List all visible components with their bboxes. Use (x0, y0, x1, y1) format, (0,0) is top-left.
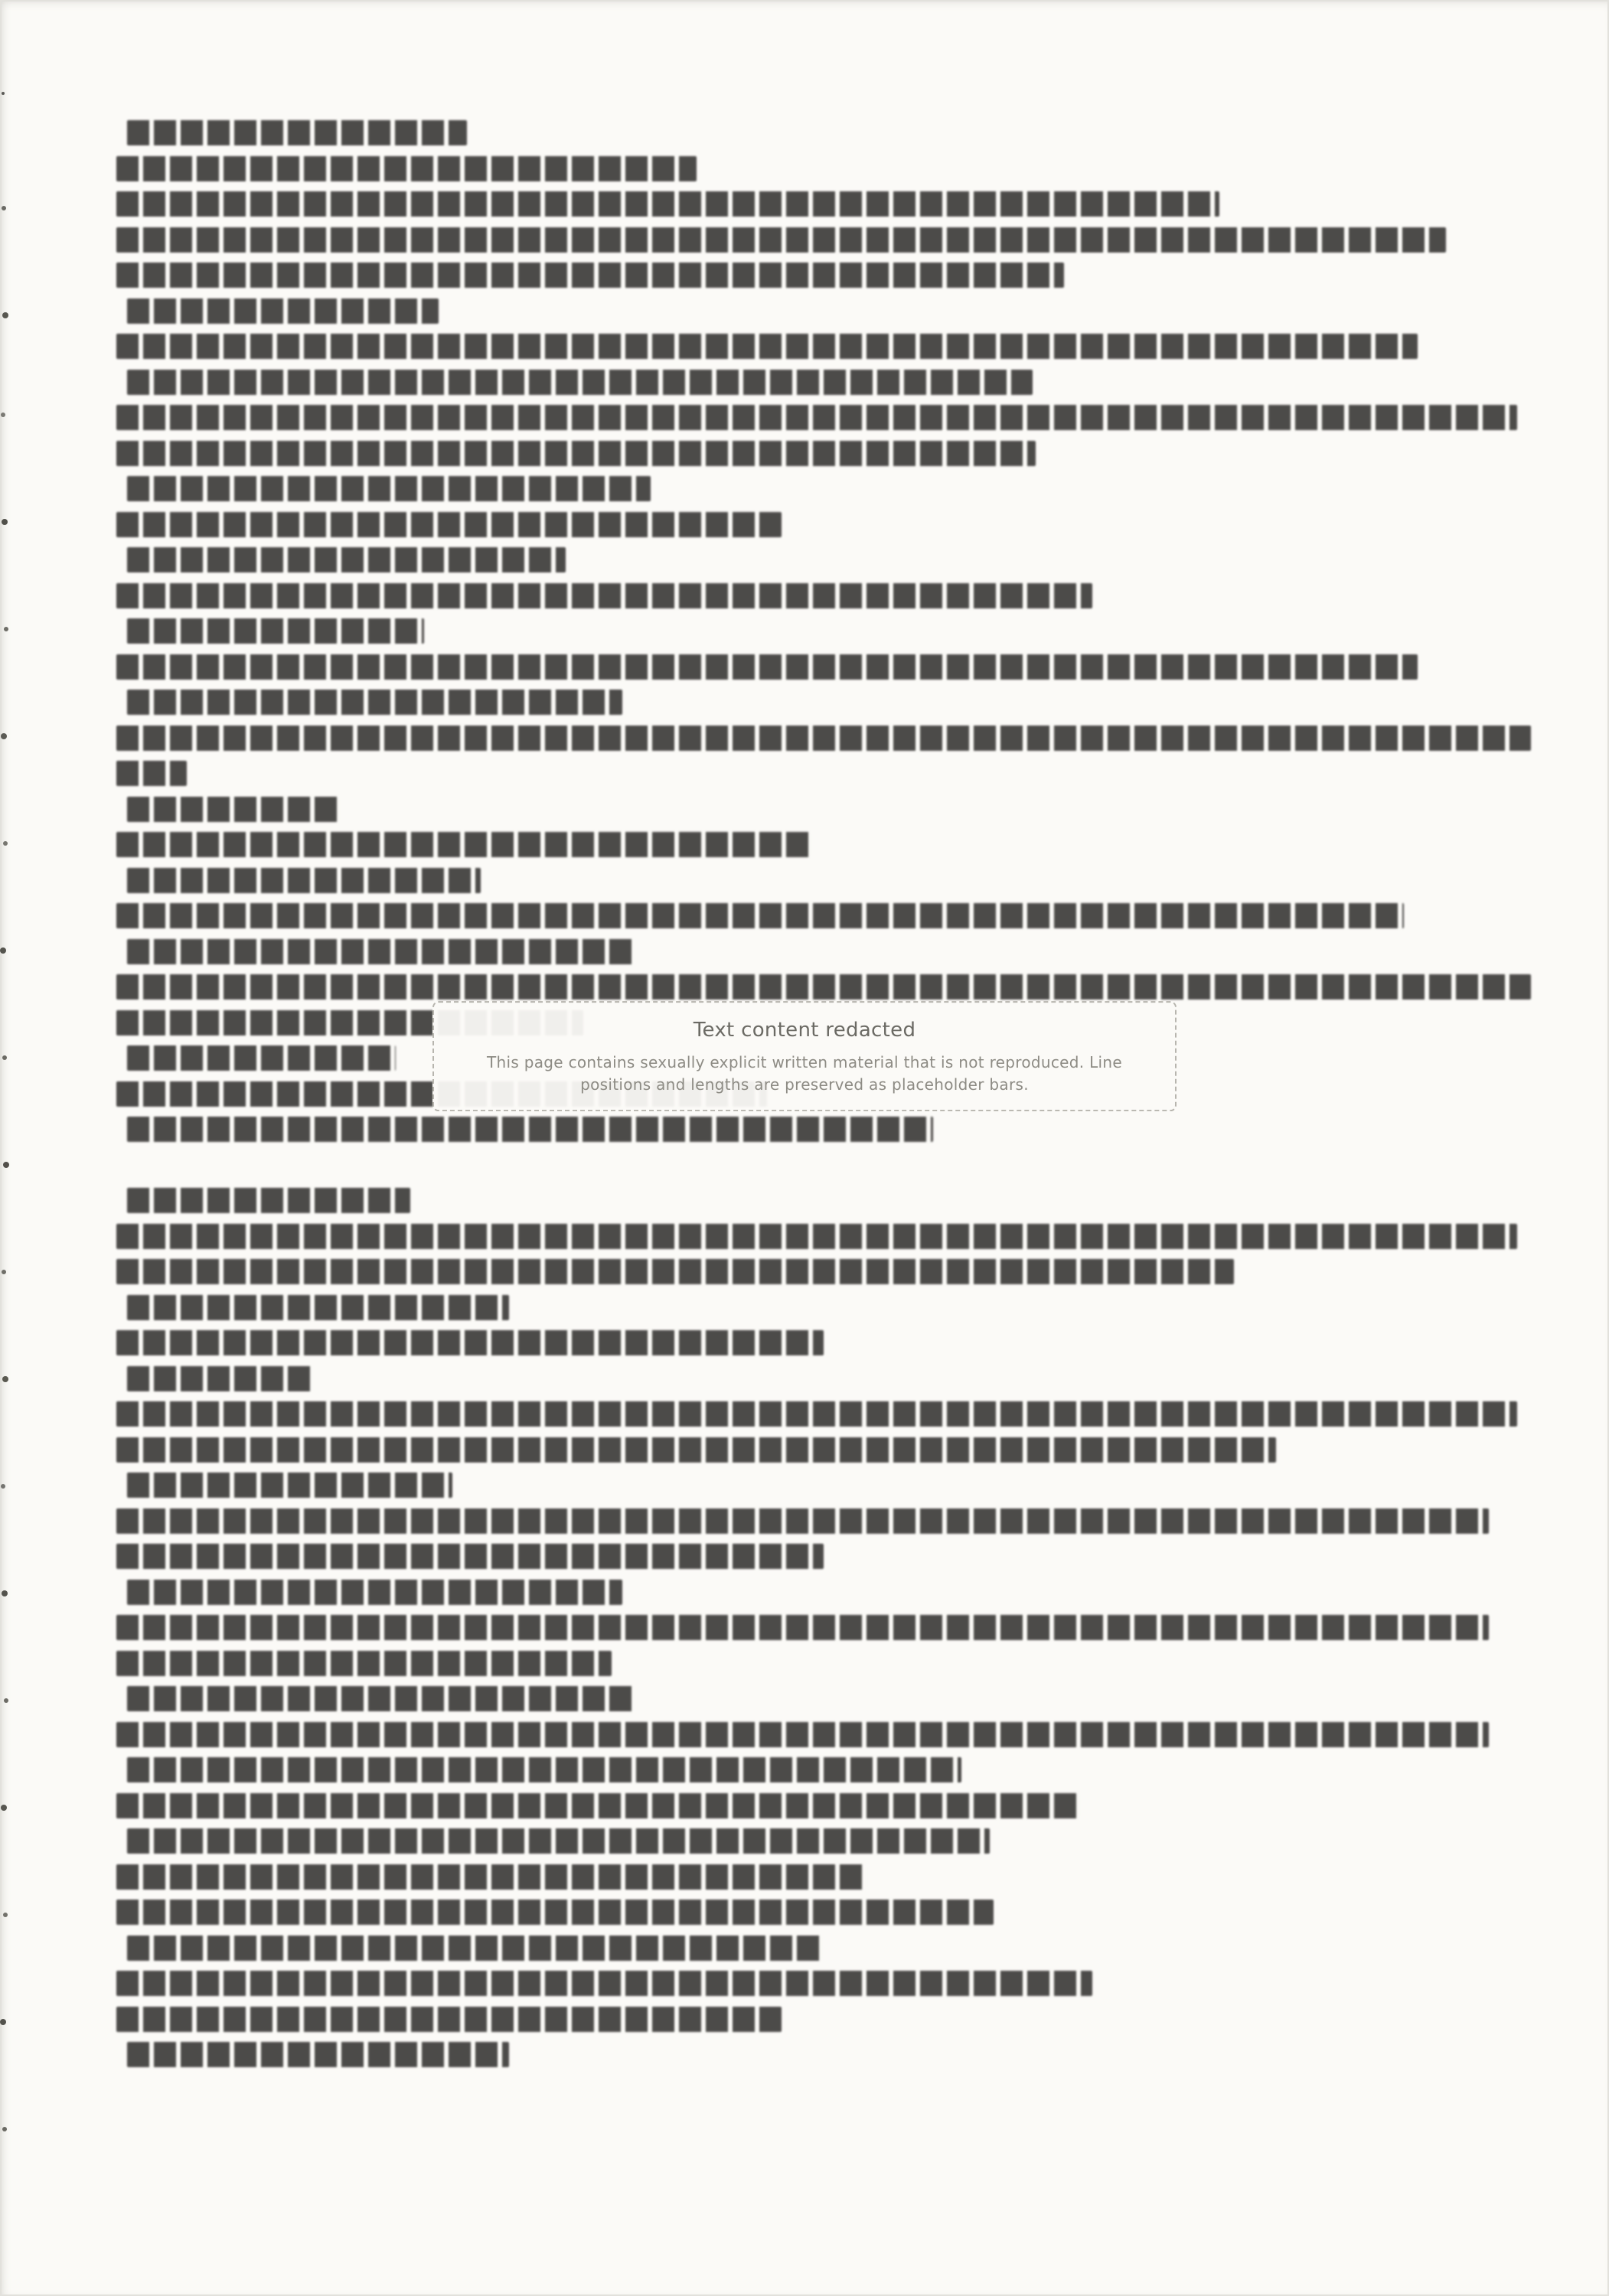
redacted-text-bar (116, 761, 187, 786)
redacted-text-bar (116, 583, 1092, 608)
redacted-text-line (116, 969, 1531, 1005)
redacted-text-line (116, 1609, 1531, 1645)
redacted-text-bar (127, 370, 1033, 395)
redacted-text-bar (116, 1330, 824, 1355)
redacted-text-bar (127, 1366, 311, 1391)
redacted-text-line (116, 720, 1531, 756)
redacted-text-bar (116, 1793, 1079, 1818)
redacted-text-bar (116, 1401, 1517, 1427)
redacted-text-bar (127, 1473, 452, 1498)
redacted-text-line (116, 898, 1531, 934)
scanned-page: Text content redacted This page contains… (0, 0, 1609, 2296)
redacted-text-line (116, 649, 1531, 685)
redacted-text-bar (127, 1686, 636, 1711)
redacted-text-line (116, 1290, 1531, 1326)
redacted-text-line (116, 1396, 1531, 1432)
redacted-text-bar (127, 547, 566, 572)
redacted-text-line (116, 1218, 1531, 1254)
redacted-text-bar (116, 2007, 782, 2032)
redacted-text-bar (116, 156, 697, 181)
redacted-text-bar (116, 726, 1531, 751)
redacted-text-line (116, 684, 1531, 720)
redacted-text-bar (116, 405, 1517, 430)
redacted-text-line (116, 1574, 1531, 1610)
redacted-text-bar (116, 1615, 1489, 1640)
redacted-text-line (116, 364, 1531, 400)
redacted-text-bar (127, 939, 636, 964)
redacted-text-line (116, 863, 1531, 899)
redacted-text-line (116, 328, 1531, 364)
redacted-text-bar (116, 654, 1418, 680)
redacted-text-line (116, 471, 1531, 507)
redacted-text-bar (127, 690, 622, 715)
redacted-text-line (116, 1325, 1531, 1361)
redacted-text-bar (127, 1117, 933, 1142)
redacted-text-line (116, 1823, 1531, 1859)
redacted-text-bar (116, 334, 1418, 359)
redaction-notice-detail: This page contains sexually explicit wri… (460, 1052, 1149, 1096)
redacted-text-line (116, 151, 1531, 187)
redacted-text-bar (116, 1651, 612, 1676)
redacted-text-line (116, 1894, 1531, 1930)
redacted-text-line (116, 542, 1531, 578)
redacted-text-bar (116, 903, 1404, 928)
redacted-text-line (116, 1538, 1531, 1574)
redacted-text-line (116, 1965, 1531, 2001)
redacted-text-line (116, 1111, 1531, 1147)
redacted-text-bar (127, 2042, 509, 2067)
redacted-text-bar (116, 227, 1446, 253)
redacted-text-line (116, 1788, 1531, 1824)
redacted-text-line (116, 1930, 1531, 1966)
redacted-text-bar (127, 476, 651, 501)
redacted-text-bar (127, 1045, 396, 1071)
blank-line (116, 1147, 1531, 1183)
redacted-text-line (116, 1467, 1531, 1503)
redaction-notice-title: Text content redacted (460, 1016, 1149, 1045)
redacted-text-bar (116, 1864, 866, 1890)
redacted-text-bar (116, 263, 1064, 288)
redacted-text-line (116, 1752, 1531, 1788)
redacted-text-line (116, 755, 1531, 791)
redacted-text-bar (116, 974, 1531, 1000)
redacted-text-bar (127, 1936, 821, 1961)
redacted-text-bar (127, 868, 481, 893)
redaction-notice: Text content redacted This page contains… (432, 1001, 1177, 1111)
redacted-text-line (116, 186, 1531, 222)
redacted-text-bar (116, 1224, 1517, 1249)
redacted-text-bar (127, 1188, 410, 1213)
redacted-text-line (116, 400, 1531, 435)
redacted-text-bar (116, 191, 1219, 217)
redacted-text-bar (127, 1757, 961, 1782)
redacted-text-line (116, 2037, 1531, 2073)
redacted-text-bar (127, 797, 339, 822)
redacted-text-line (116, 1503, 1531, 1539)
redacted-text-bar (116, 1508, 1489, 1534)
redacted-text-bar (127, 1580, 622, 1605)
redacted-text-bar (127, 1295, 509, 1320)
redacted-text-bar (116, 512, 782, 537)
redacted-text-line (116, 791, 1531, 827)
redacted-text-bar (116, 832, 810, 857)
redacted-text-line (116, 1182, 1531, 1218)
redacted-text-bar (116, 1971, 1092, 1996)
redacted-text-line (116, 578, 1531, 614)
redacted-text-line (116, 1432, 1531, 1468)
redacted-text-bar (116, 1722, 1489, 1747)
redacted-text-bar (127, 120, 467, 145)
redacted-text-line (116, 1361, 1531, 1397)
redacted-text-line (116, 115, 1531, 151)
redacted-text-line (116, 827, 1531, 863)
redacted-text-line (116, 507, 1531, 543)
redacted-text-line (116, 1859, 1531, 1895)
redacted-text-bar (127, 1828, 990, 1854)
redacted-text-bar (127, 298, 439, 324)
redacted-text-bar (116, 1544, 824, 1569)
redacted-text-line (116, 1681, 1531, 1717)
redacted-text-line (116, 435, 1531, 471)
redacted-text-bar (116, 441, 1036, 466)
redacted-text-bar (127, 618, 424, 644)
redacted-text-bar (116, 1900, 994, 1925)
redacted-text-line (116, 613, 1531, 649)
redacted-text-line (116, 293, 1531, 329)
redacted-text-bar (116, 1437, 1276, 1463)
redacted-text-line (116, 222, 1531, 258)
redacted-text-line (116, 1254, 1531, 1290)
redacted-text-line (116, 1717, 1531, 1753)
redacted-text-line (116, 1645, 1531, 1681)
scan-artifact-specks (2, 92, 5, 95)
redacted-text-line (116, 257, 1531, 293)
redacted-text-line (116, 934, 1531, 970)
redacted-text-bar (116, 1259, 1234, 1284)
redacted-text-line (116, 2001, 1531, 2037)
